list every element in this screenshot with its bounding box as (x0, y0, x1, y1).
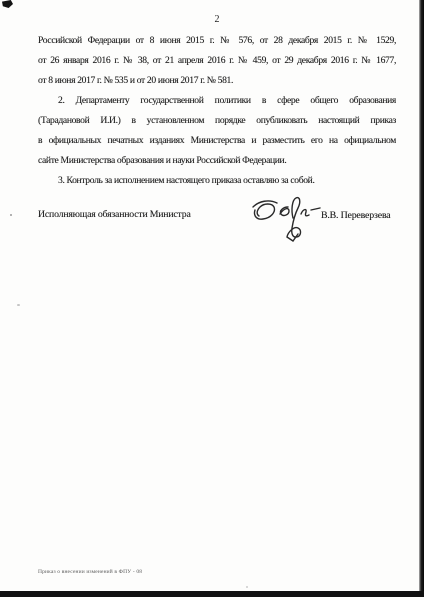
signer-name: В.В. Переверзева (321, 210, 390, 221)
document-body: Российской Федерации от 8 июня 2015 г. №… (38, 31, 396, 191)
page-number: 2 (38, 14, 396, 25)
paragraph-item2-line: сайте Министерства образования и науки Р… (38, 151, 396, 171)
scan-edge-bottom (0, 591, 424, 597)
footer-reference-note: Приказ о внесении изменений в ФПУ - 08 (38, 569, 142, 575)
signer-role-label: Исполняющая обязанности Министра (38, 209, 191, 220)
paragraph-continuation-line: от 8 июня 2017 г. № 535 и от 20 июня 201… (38, 71, 396, 91)
scan-speck (246, 586, 248, 588)
scan-speck (17, 304, 20, 306)
handwritten-signature-icon (243, 194, 321, 248)
paragraph-item2-line: (Тарадановой И.И.) в установленном поряд… (38, 111, 396, 131)
paragraph-item2-line: в официальных печатных изданиях Министер… (38, 131, 396, 151)
scan-artifact-corner (2, 0, 13, 8)
paragraph-item3-line: 3. Контроль за исполнением настоящего пр… (38, 171, 396, 191)
scan-edge-right (419, 0, 424, 597)
scan-speck (10, 214, 12, 216)
paragraph-continuation-line: Российской Федерации от 8 июня 2015 г. №… (38, 31, 396, 51)
paragraph-item2-line: 2. Департаменту государственной политики… (38, 91, 396, 111)
scanned-document-page: 2 Российской Федерации от 8 июня 2015 г.… (0, 0, 424, 600)
signature-block: Исполняющая обязанности Министра В.В. Пе… (38, 198, 398, 254)
paragraph-continuation-line: от 26 января 2016 г. № 38, от 21 апреля … (38, 51, 396, 71)
